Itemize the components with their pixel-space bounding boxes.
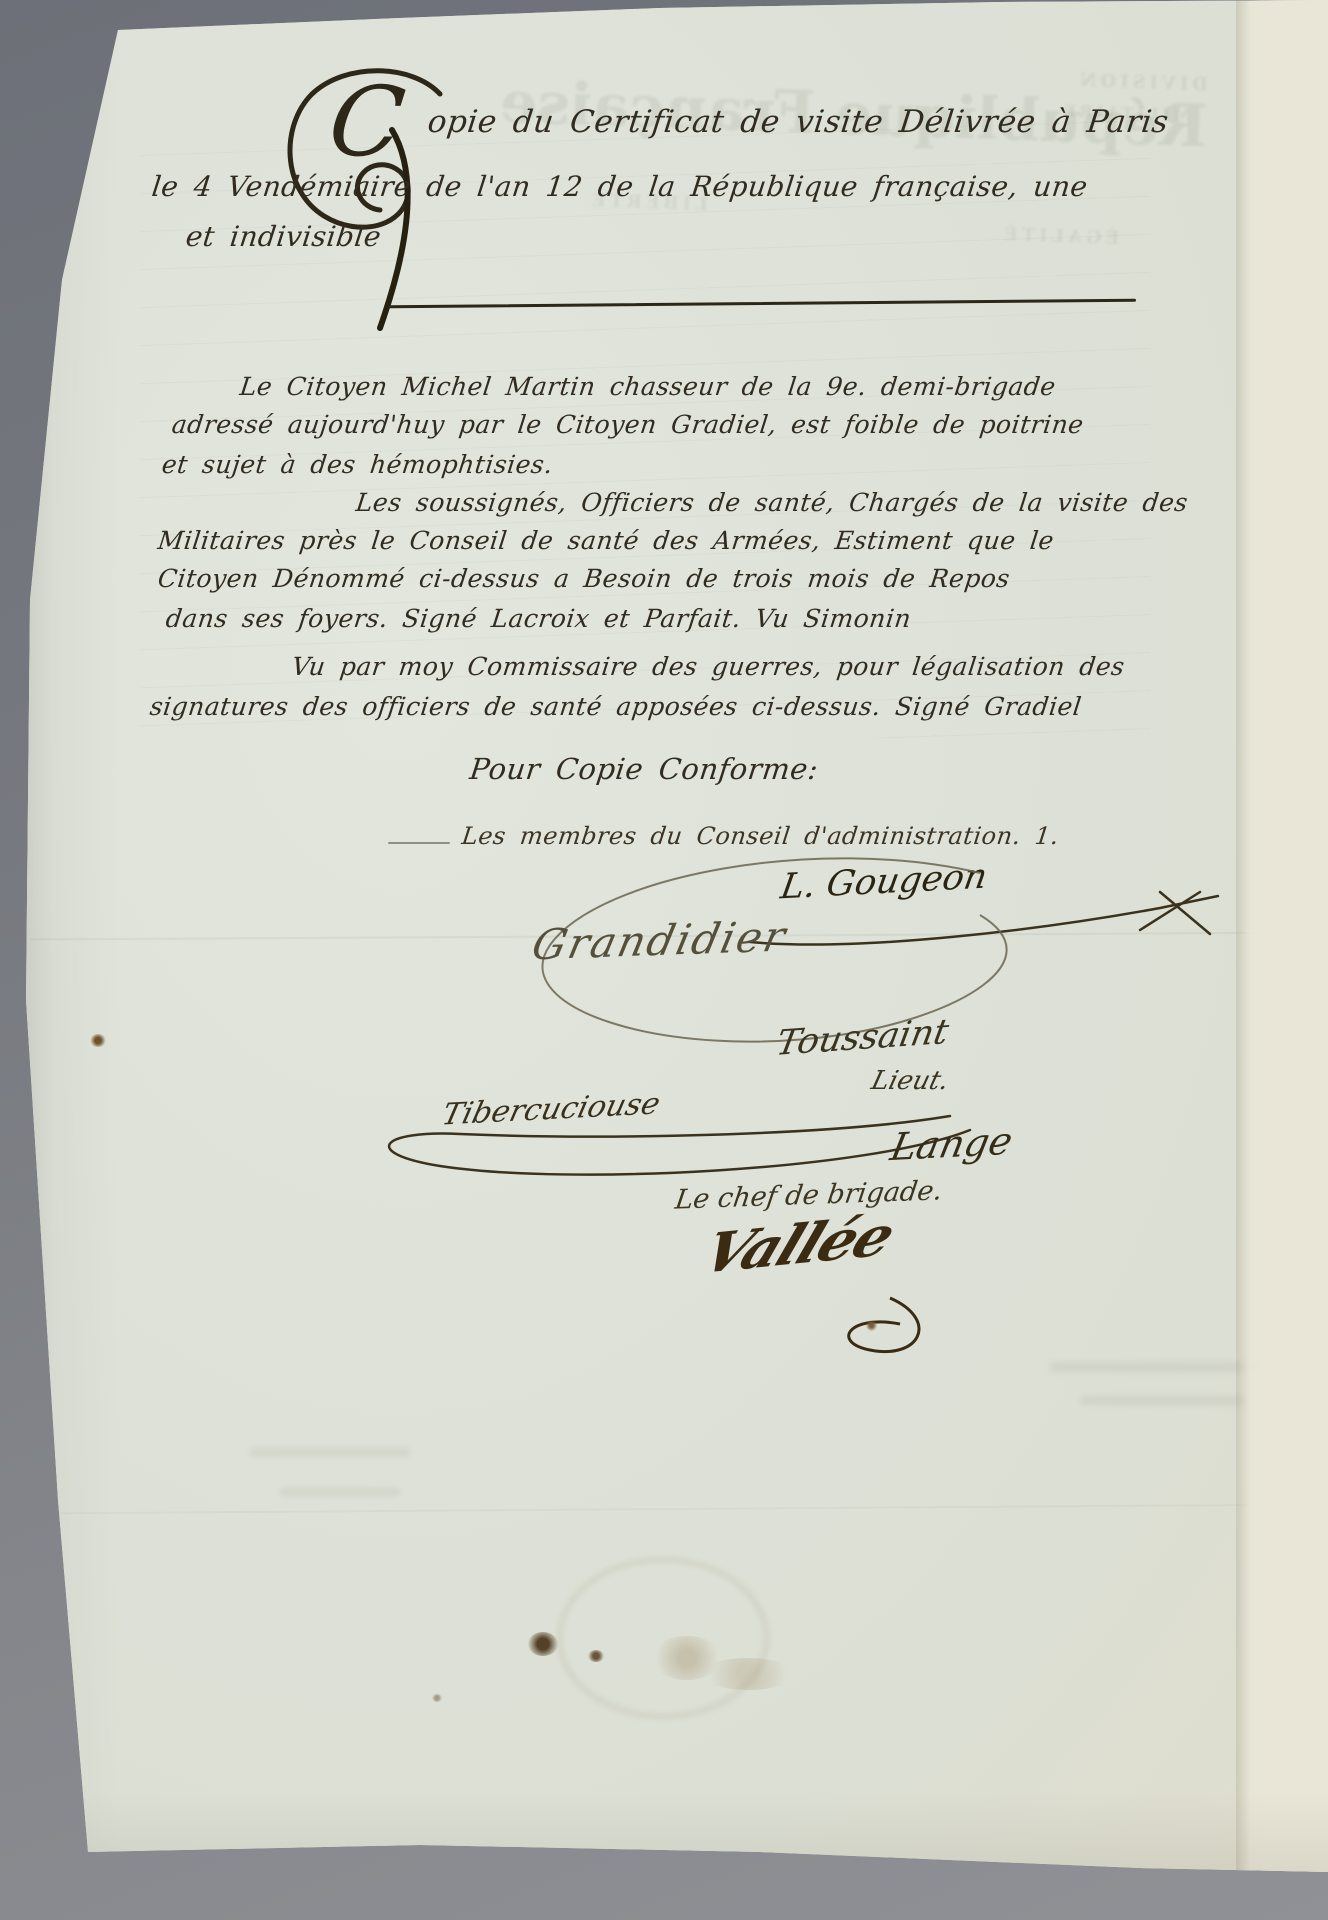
- signature-toussaint-rank: Lieut.: [868, 1066, 952, 1096]
- bleedthrough-smudge: [1050, 1362, 1260, 1372]
- signature-grandidier: Grandidier: [528, 912, 792, 970]
- bleedthrough-smudge: [280, 1488, 400, 1496]
- flourish-dash: [388, 842, 450, 844]
- chef-signature-flourish: [760, 1290, 960, 1380]
- signature-chef-de-brigade: Vallée: [693, 1203, 903, 1287]
- faded-stamp-ring: [556, 1556, 770, 1720]
- manuscript-line: Militaires près le Conseil de santé des …: [156, 526, 1056, 555]
- signature-lange: Lange: [887, 1119, 1016, 1169]
- heading-line-3: et indivisible: [184, 220, 383, 253]
- manuscript-line: Vu par moy Commissaire des guerres, pour…: [290, 652, 1126, 681]
- manuscript-line: et sujet à des hémophtisies.: [160, 450, 554, 479]
- manuscript-line: Les soussignés, Officiers de santé, Char…: [354, 488, 1189, 517]
- page-fold-edge: [1236, 0, 1328, 1878]
- heading-initial: C: [323, 66, 411, 178]
- bleedthrough-smudge: [1080, 1396, 1250, 1405]
- paper-edge-shadow: [0, 0, 120, 1920]
- stain-spot: [432, 1694, 442, 1702]
- manuscript-line: adressé aujourd'huy par le Citoyen Gradi…: [170, 410, 1085, 439]
- paper-bottom-shadow: [0, 1790, 1328, 1880]
- manuscript-line: dans ses foyers. Signé Lacroix et Parfai…: [164, 604, 913, 633]
- ink-stain: [866, 1320, 877, 1331]
- manuscript-line: signatures des officiers de santé apposé…: [148, 692, 1083, 721]
- bleedthrough-smudge: [250, 1448, 410, 1457]
- manuscript-line: Le Citoyen Michel Martin chasseur de la …: [238, 372, 1057, 401]
- heading-line-1: opie du Certificat de visite Délivrée à …: [426, 104, 1171, 140]
- horizontal-crease: [30, 1503, 1320, 1514]
- photograph-background: République Française DIVISION MILITAIRE …: [0, 0, 1328, 1920]
- copy-conforme-line: Pour Copie Conforme:: [468, 752, 820, 786]
- manuscript-line: Citoyen Dénommé ci-dessus a Besoin de tr…: [156, 564, 1011, 593]
- heading-line-2: le 4 Vendémiaire de l'an 12 de la Républ…: [150, 170, 1090, 203]
- manuscript-paper-sheet: République Française DIVISION MILITAIRE …: [0, 0, 1328, 1920]
- stain-spot: [528, 1632, 558, 1656]
